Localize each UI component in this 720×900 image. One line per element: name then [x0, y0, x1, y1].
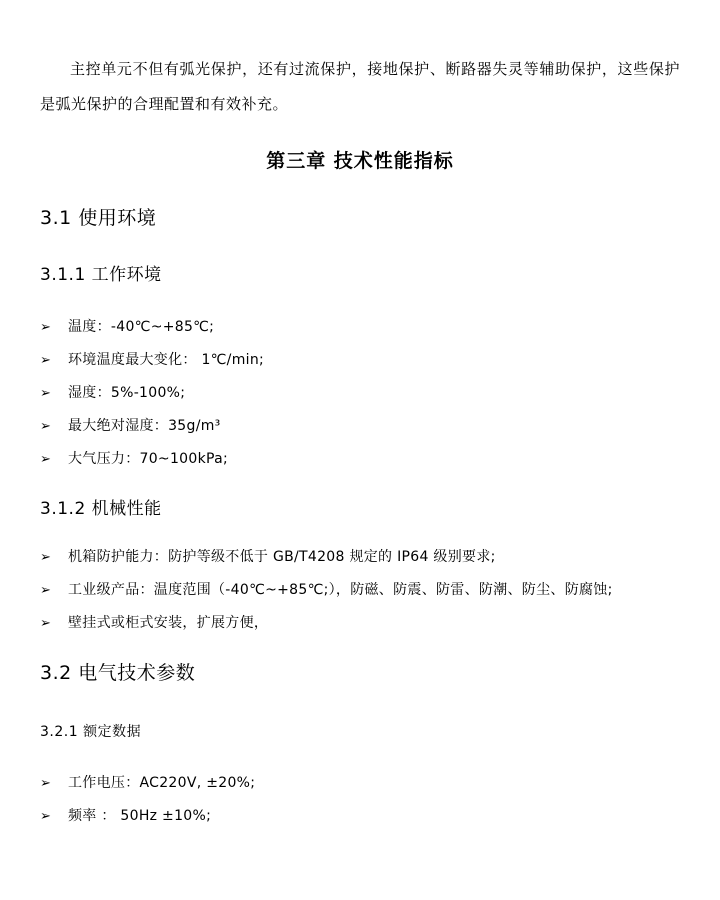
intro-paragraph: 主控单元不但有弧光保护，还有过流保护，接地保护、断路器失灵等辅助保护，这些保护是…	[40, 52, 680, 122]
document-page: 主控单元不但有弧光保护，还有过流保护，接地保护、断路器失灵等辅助保护，这些保护是…	[0, 0, 720, 833]
list-item-text: 工作电压：AC220V, ±20%;	[68, 767, 680, 800]
section-heading-3-1: 3.1 使用环境	[40, 203, 680, 230]
list-item: ➢ 机箱防护能力：防护等级不低于 GB/T4208 规定的 IP64 级别要求;	[40, 541, 680, 574]
arrow-bullet-icon: ➢	[40, 800, 68, 833]
list-item: ➢ 最大绝对湿度：35g/m³	[40, 410, 680, 443]
list-item-text: 工业级产品：温度范围（-40℃~+85℃;），防磁、防震、防雷、防潮、防尘、防腐…	[68, 574, 680, 607]
mechanical-spec-list: ➢ 机箱防护能力：防护等级不低于 GB/T4208 规定的 IP64 级别要求;…	[40, 541, 680, 640]
list-item: ➢ 环境温度最大变化： 1℃/min;	[40, 344, 680, 377]
arrow-bullet-icon: ➢	[40, 410, 68, 443]
arrow-bullet-icon: ➢	[40, 344, 68, 377]
arrow-bullet-icon: ➢	[40, 607, 68, 640]
list-item-text: 环境温度最大变化： 1℃/min;	[68, 344, 680, 377]
list-item: ➢ 温度：-40℃~+85℃;	[40, 311, 680, 344]
chapter-heading: 第三章 技术性能指标	[40, 146, 680, 173]
list-item-text: 频率 ： 50Hz ±10%;	[68, 800, 680, 833]
arrow-bullet-icon: ➢	[40, 574, 68, 607]
subsection-heading-3-1-2: 3.1.2 机械性能	[40, 494, 680, 519]
list-item: ➢ 工作电压：AC220V, ±20%;	[40, 767, 680, 800]
arrow-bullet-icon: ➢	[40, 767, 68, 800]
list-item: ➢ 频率 ： 50Hz ±10%;	[40, 800, 680, 833]
arrow-bullet-icon: ➢	[40, 377, 68, 410]
subsection-heading-3-1-1: 3.1.1 工作环境	[40, 260, 680, 285]
list-item-text: 温度：-40℃~+85℃;	[68, 311, 680, 344]
list-item: ➢ 大气压力：70~100kPa;	[40, 443, 680, 476]
list-item-text: 湿度：5%-100%;	[68, 377, 680, 410]
environment-spec-list: ➢ 温度：-40℃~+85℃; ➢ 环境温度最大变化： 1℃/min; ➢ 湿度…	[40, 311, 680, 476]
list-item-text: 壁挂式或柜式安装，扩展方便，	[68, 607, 680, 640]
arrow-bullet-icon: ➢	[40, 311, 68, 344]
subsection-heading-3-2-1: 3.2.1 额定数据	[40, 721, 680, 741]
list-item-text: 大气压力：70~100kPa;	[68, 443, 680, 476]
arrow-bullet-icon: ➢	[40, 541, 68, 574]
list-item-text: 机箱防护能力：防护等级不低于 GB/T4208 规定的 IP64 级别要求;	[68, 541, 680, 574]
rated-data-list: ➢ 工作电压：AC220V, ±20%; ➢ 频率 ： 50Hz ±10%;	[40, 767, 680, 833]
list-item: ➢ 湿度：5%-100%;	[40, 377, 680, 410]
list-item: ➢ 工业级产品：温度范围（-40℃~+85℃;），防磁、防震、防雷、防潮、防尘、…	[40, 574, 680, 607]
arrow-bullet-icon: ➢	[40, 443, 68, 476]
list-item: ➢ 壁挂式或柜式安装，扩展方便，	[40, 607, 680, 640]
section-heading-3-2: 3.2 电气技术参数	[40, 658, 680, 685]
list-item-text: 最大绝对湿度：35g/m³	[68, 410, 680, 443]
